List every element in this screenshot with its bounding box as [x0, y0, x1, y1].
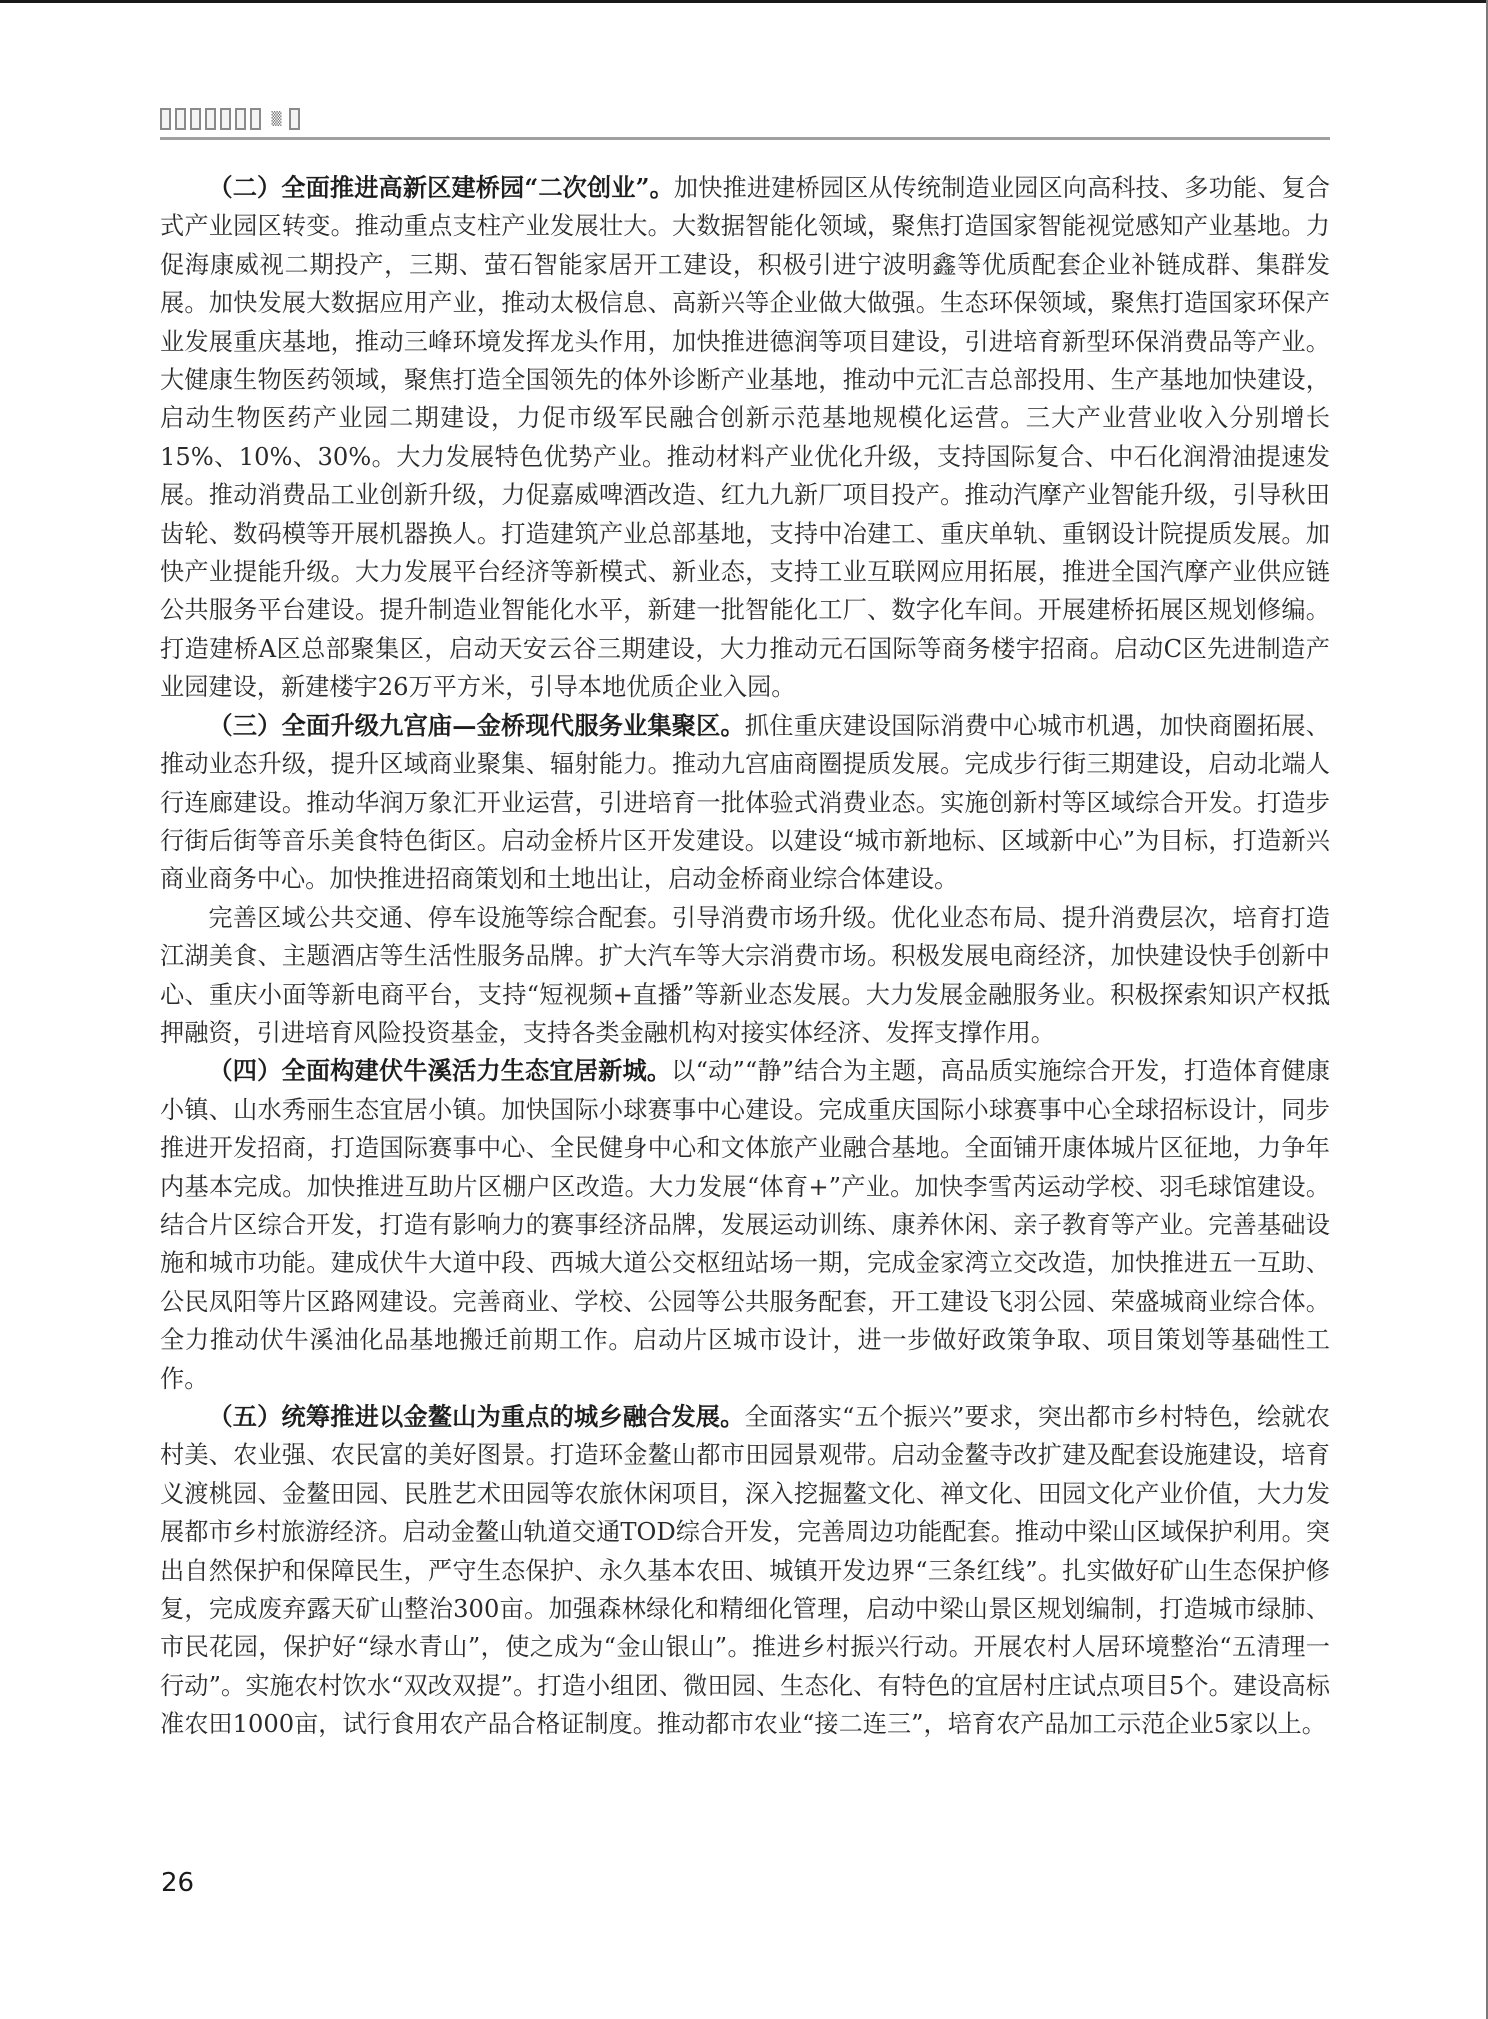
paragraph-text: 完善区域公共交通、停车设施等综合配套。引导消费市场升级。优化业态布局、提升消费层…: [160, 904, 1330, 1047]
running-header: ▒: [160, 106, 302, 132]
paragraph-text: 全面落实“五个振兴”要求，突出都市乡村特色，绘就农村美、农业强、农民富的美好图景…: [160, 1403, 1330, 1738]
section-heading: （四）全面构建伏牛溪活力生态宜居新城。: [208, 1056, 671, 1085]
missing-glyph-icon: [190, 108, 201, 130]
paragraph-section-3: （三）全面升级九宫庙—金桥现代服务业集聚区。抓住重庆建设国际消费中心城市机遇，加…: [160, 707, 1330, 899]
page-number: 26: [161, 1868, 194, 1898]
missing-glyph-icon: [289, 108, 300, 130]
missing-glyph-icon: [205, 108, 216, 130]
missing-glyph-icon: [160, 108, 171, 130]
paragraph-section-2: （二）全面推进高新区建桥园“二次创业”。加快推进建桥园区从传统制造业园区向高科技…: [160, 169, 1330, 707]
document-body: （二）全面推进高新区建桥园“二次创业”。加快推进建桥园区从传统制造业园区向高科技…: [160, 169, 1330, 1744]
paragraph-text: 加快推进建桥园区从传统制造业园区向高科技、多功能、复合式产业园区转变。推动重点支…: [160, 174, 1330, 701]
section-heading: （三）全面升级九宫庙—金桥现代服务业集聚区。: [208, 711, 745, 740]
missing-glyph-icon: [250, 108, 261, 130]
header-rule: [160, 137, 1330, 140]
section-heading: （五）统筹推进以金鳌山为重点的城乡融合发展。: [208, 1402, 744, 1431]
missing-glyph-icon: [175, 108, 186, 130]
page-top-border: [0, 0, 1488, 3]
paragraph-section-5: （五）统筹推进以金鳌山为重点的城乡融合发展。全面落实“五个振兴”要求，突出都市乡…: [160, 1398, 1330, 1744]
paragraph-section-3-cont: 完善区域公共交通、停车设施等综合配套。引导消费市场升级。优化业态布局、提升消费层…: [160, 899, 1330, 1053]
paragraph-text: 以“动”“静”结合为主题，高品质实施综合开发，打造体育健康小镇、山水秀丽生态宜居…: [160, 1057, 1330, 1392]
paragraph-section-4: （四）全面构建伏牛溪活力生态宜居新城。以“动”“静”结合为主题，高品质实施综合开…: [160, 1052, 1330, 1398]
section-heading: （二）全面推进高新区建桥园“二次创业”。: [208, 173, 674, 202]
garbled-glyph: ▒: [265, 112, 287, 127]
missing-glyph-icon: [235, 108, 246, 130]
missing-glyph-icon: [220, 108, 231, 130]
